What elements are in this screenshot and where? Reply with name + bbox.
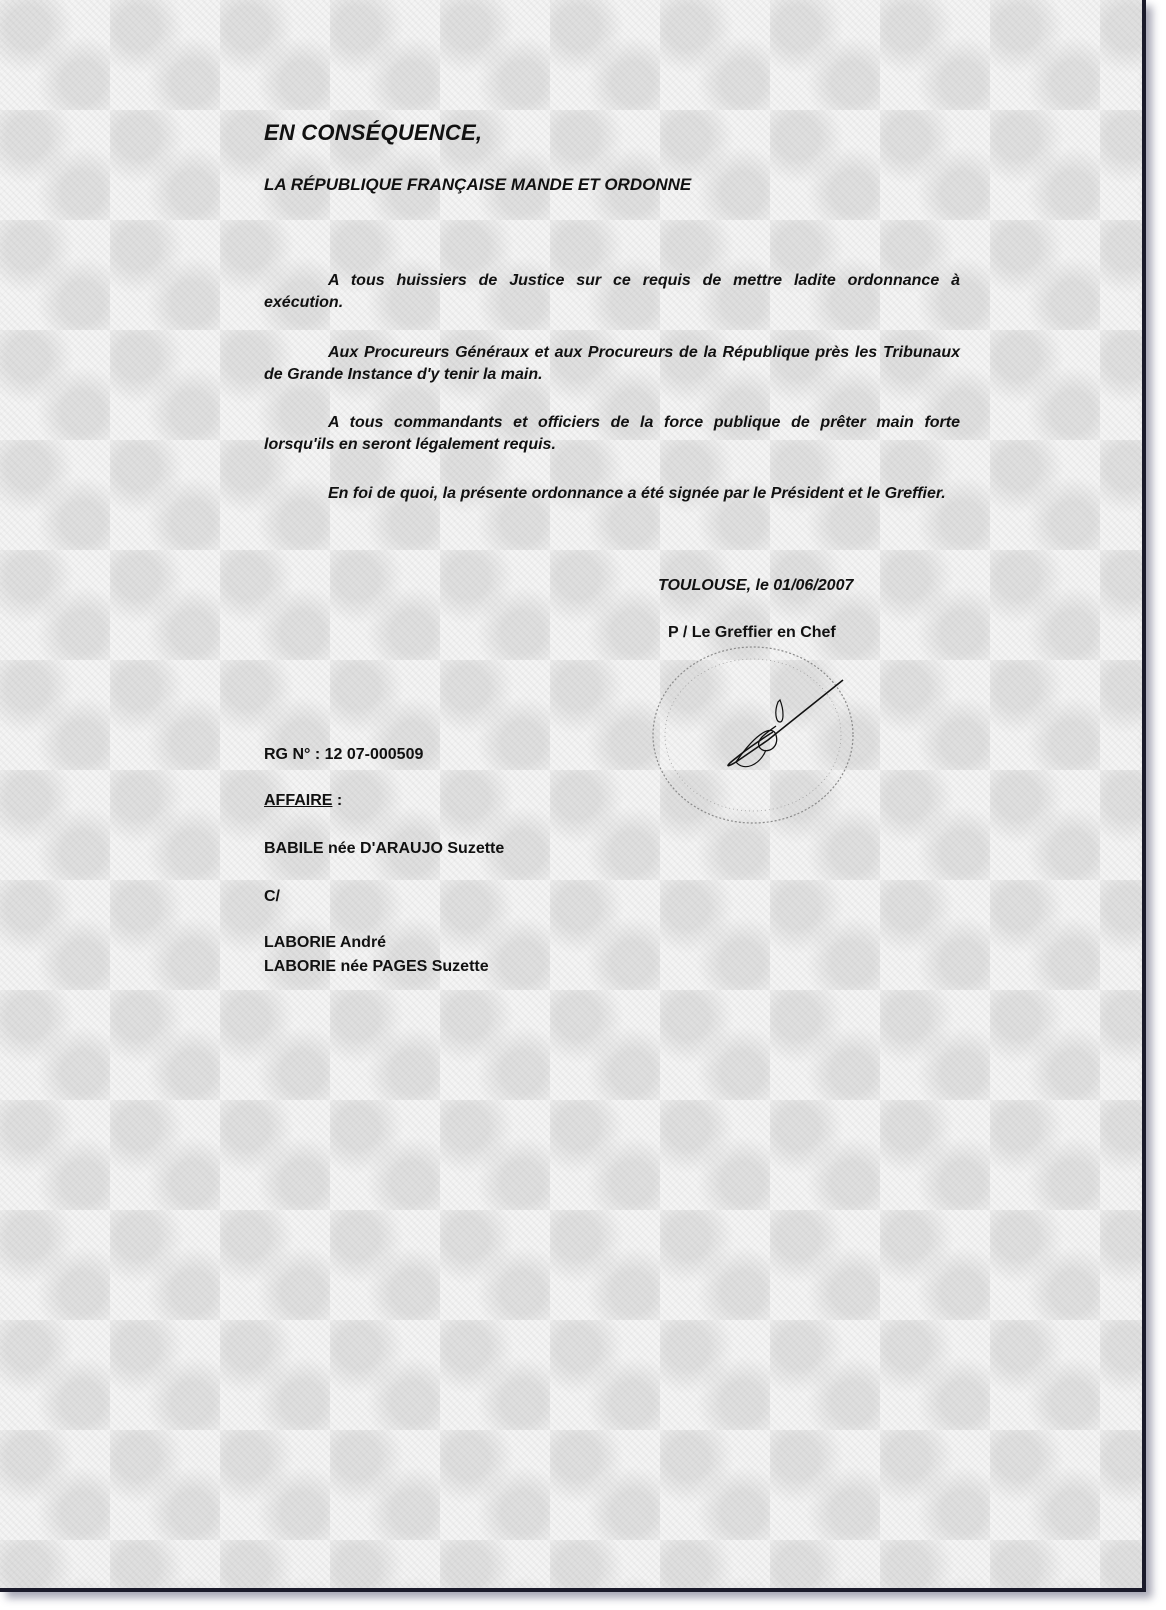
paragraph-en-foi: En foi de quoi, la présente ordonnance a…: [264, 483, 960, 505]
defendant-name: LABORIE née PAGES Suzette: [264, 958, 489, 976]
plaintiff-name: BABILE née D'ARAUJO Suzette: [264, 840, 504, 858]
paragraph-force-publique: A tous commandants et officiers de la fo…: [264, 412, 960, 456]
document-body: EN CONSÉQUENCE, LA RÉPUBLIQUE FRANÇAISE …: [0, 0, 1142, 1588]
paragraph-huissiers: A tous huissiers de Justice sur ce requi…: [264, 270, 960, 314]
scanned-page: EN CONSÉQUENCE, LA RÉPUBLIQUE FRANÇAISE …: [0, 0, 1146, 1592]
document-subheading: LA RÉPUBLIQUE FRANÇAISE MANDE ET ORDONNE: [264, 175, 691, 195]
paragraph-procureurs: Aux Procureurs Généraux et aux Procureur…: [264, 342, 960, 386]
affaire-label: AFFAIRE :: [264, 792, 342, 810]
defendant-name: LABORIE André: [264, 934, 386, 952]
rg-number: RG N° : 12 07-000509: [264, 746, 423, 764]
versus-label: C/: [264, 888, 280, 906]
document-heading: EN CONSÉQUENCE,: [264, 120, 482, 146]
place-date: TOULOUSE, le 01/06/2007: [658, 577, 853, 595]
court-seal-signature-icon: [648, 640, 858, 830]
